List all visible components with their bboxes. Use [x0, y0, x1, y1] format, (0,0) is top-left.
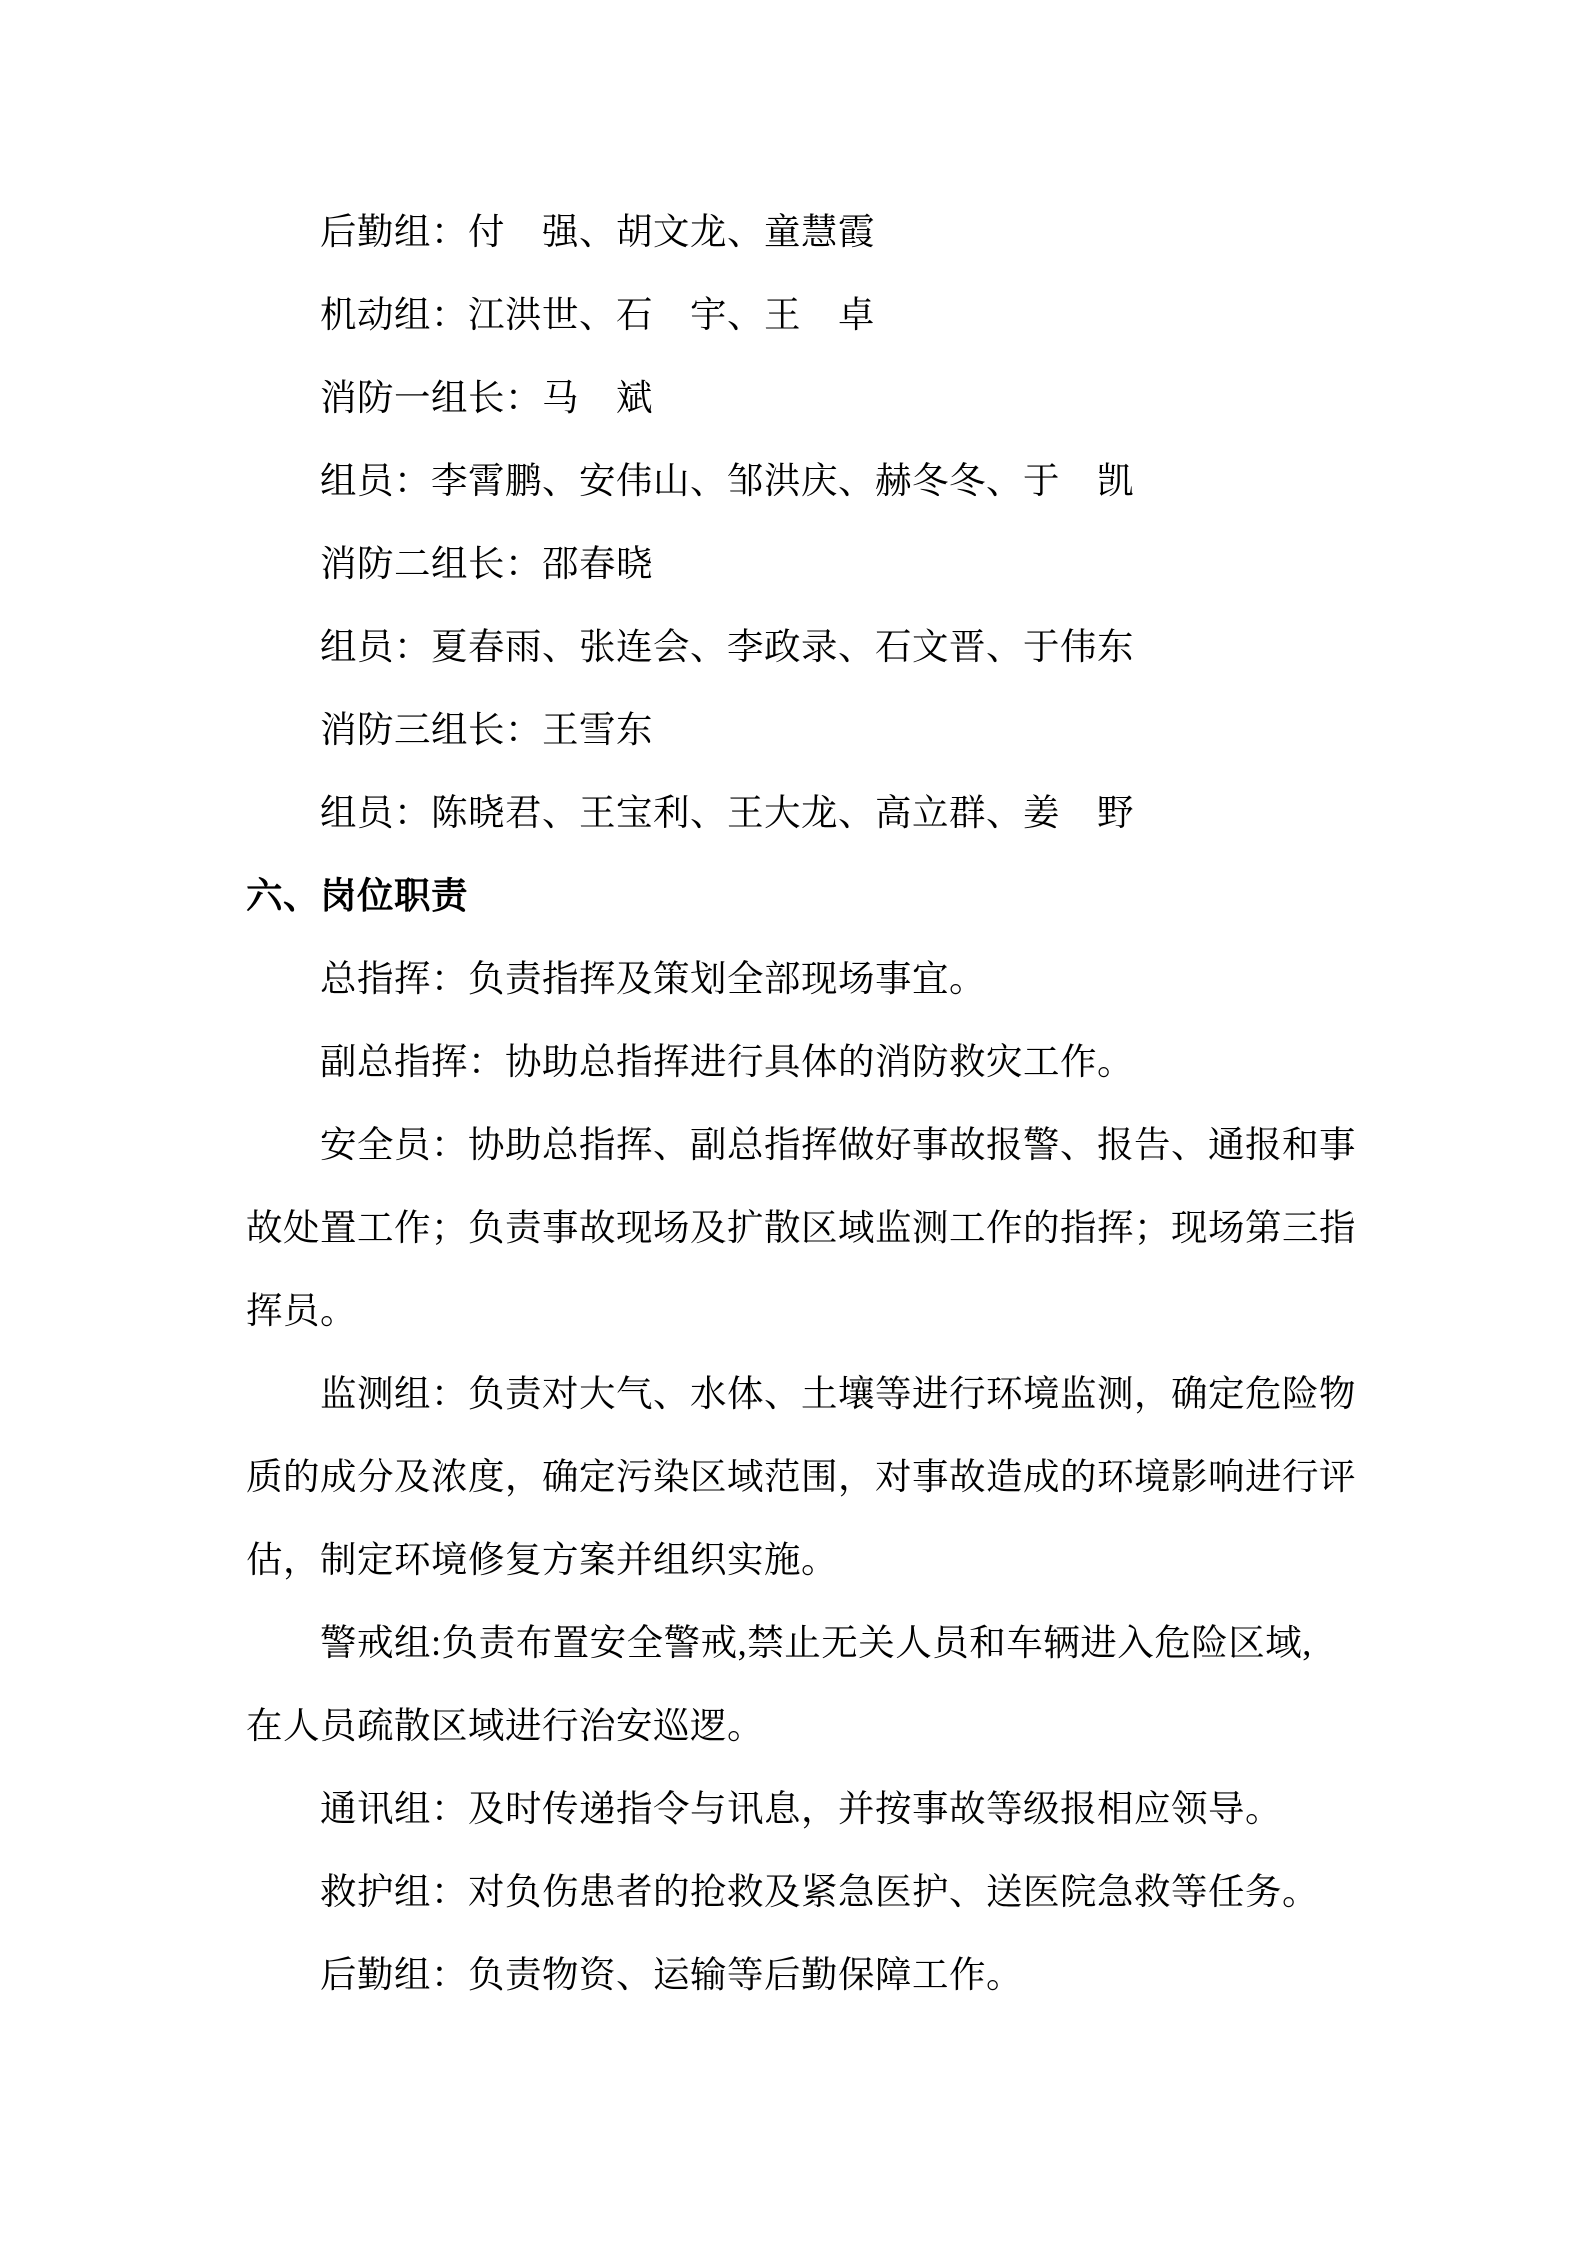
text-line: 消防二组长：邵春晓 — [246, 522, 1343, 605]
text-line: 组员：李霄鹏、安伟山、邹洪庆、赫冬冬、于 凯 — [246, 439, 1343, 522]
text-line: 安全员：协助总指挥、副总指挥做好事故报警、报告、通报和事 — [246, 1103, 1343, 1186]
text-line: 组员：陈晓君、王宝利、王大龙、高立群、姜 野 — [246, 771, 1343, 854]
text-line: 估，制定环境修复方案并组织实施。 — [246, 1518, 1343, 1601]
text-line: 后勤组：付 强、胡文龙、童慧霞 — [246, 190, 1343, 273]
text-line: 质的成分及浓度，确定污染区域范围，对事故造成的环境影响进行评 — [246, 1435, 1343, 1518]
text-line: 在人员疏散区域进行治安巡逻。 — [246, 1684, 1343, 1767]
section-heading: 六、岗位职责 — [246, 854, 1343, 937]
text-line: 消防一组长：马 斌 — [246, 356, 1343, 439]
text-line: 机动组：江洪世、石 宇、王 卓 — [246, 273, 1343, 356]
text-line: 挥员。 — [246, 1269, 1343, 1352]
text-line: 救护组：对负伤患者的抢救及紧急医护、送医院急救等任务。 — [246, 1850, 1343, 1933]
text-line: 总指挥：负责指挥及策划全部现场事宜。 — [246, 937, 1343, 1020]
text-line: 故处置工作；负责事故现场及扩散区域监测工作的指挥；现场第三指 — [246, 1186, 1343, 1269]
text-line: 组员：夏春雨、张连会、李政录、石文晋、于伟东 — [246, 605, 1343, 688]
text-line: 监测组：负责对大气、水体、土壤等进行环境监测，确定危险物 — [246, 1352, 1343, 1435]
text-line: 警戒组:负责布置安全警戒,禁止无关人员和车辆进入危险区域, — [246, 1601, 1343, 1684]
text-line: 通讯组：及时传递指令与讯息，并按事故等级报相应领导。 — [246, 1767, 1343, 1850]
text-line: 副总指挥：协助总指挥进行具体的消防救灾工作。 — [246, 1020, 1343, 1103]
text-line: 后勤组：负责物资、运输等后勤保障工作。 — [246, 1933, 1343, 2016]
text-line: 消防三组长：王雪东 — [246, 688, 1343, 771]
page: 后勤组：付 强、胡文龙、童慧霞机动组：江洪世、石 宇、王 卓消防一组长：马 斌组… — [0, 0, 1587, 2245]
document-body: 后勤组：付 强、胡文龙、童慧霞机动组：江洪世、石 宇、王 卓消防一组长：马 斌组… — [246, 190, 1343, 2016]
